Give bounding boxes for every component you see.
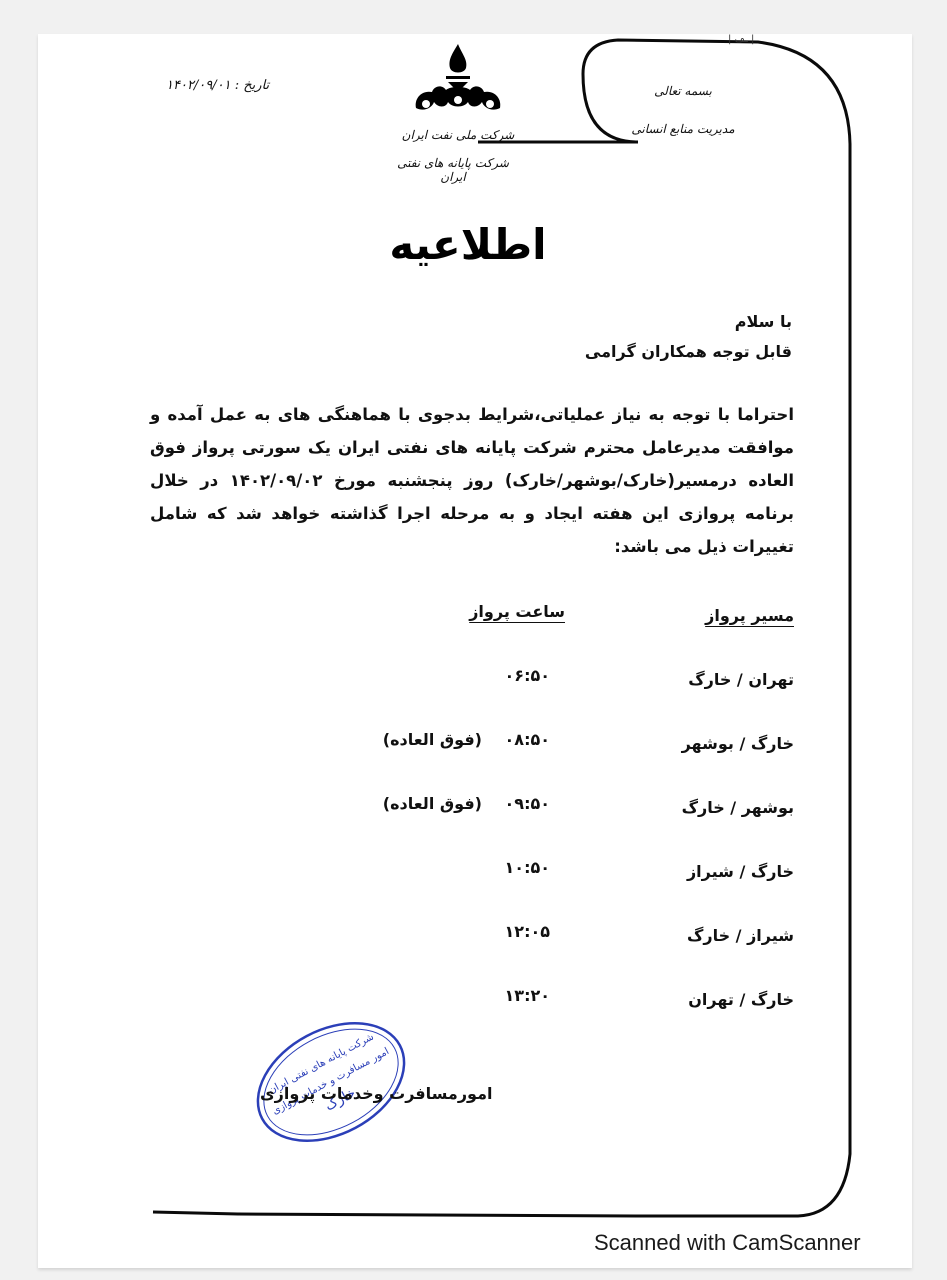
table-row-time: ۱۳:۲۰	[505, 986, 550, 1005]
table-row-route: خارگ / بوشهر	[682, 734, 794, 753]
date-label: تاریخ :	[235, 78, 269, 93]
table-row-time: ۱۰:۵۰	[505, 858, 550, 877]
nioc-flame-logo-icon	[412, 42, 504, 120]
official-stamp-icon: شرکت پایانه های نفتی ایران امور مسافرت و…	[248, 1018, 414, 1146]
column-header-route: مسیر پرواز	[705, 606, 794, 625]
addressee-line-2: مدیریت منابع انسانی	[628, 122, 738, 136]
table-row-route: خارگ / شیراز	[687, 862, 794, 881]
body-paragraph: احتراما با توجه به نیاز عملیاتی،شرایط بد…	[150, 398, 794, 563]
table-row-time: ۱۲:۰۵	[505, 922, 550, 941]
table-row-route: تهران / خارگ	[688, 670, 794, 689]
scanned-page: | ـڡ | تاریخ : ۱۴۰۲/۰۹/۰۱ شرکت ملی نفت ا…	[38, 34, 912, 1268]
table-row-route: شیراز / خارگ	[687, 926, 794, 945]
table-row-time: ۰۹:۵۰	[505, 794, 550, 813]
addressee-line-1: بسمه تعالی	[648, 84, 718, 98]
greeting: با سلام	[735, 312, 792, 331]
table-row-note: (فوق العاده)	[383, 730, 482, 749]
attention-line: قابل توجه همکاران گرامی	[585, 342, 792, 361]
table-row-route: بوشهر / خارگ	[682, 798, 794, 817]
table-row-note: (فوق العاده)	[383, 794, 482, 813]
table-row-time: ۰۸:۵۰	[505, 730, 550, 749]
date: تاریخ : ۱۴۰۲/۰۹/۰۱	[166, 78, 269, 93]
date-value: ۱۴۰۲/۰۹/۰۱	[166, 78, 231, 93]
page-title: اطلاعیه	[368, 220, 568, 269]
company-name-terminals: شرکت پایانه های نفتی ایران	[388, 156, 518, 184]
company-name-nioc: شرکت ملی نفت ایران	[398, 128, 518, 142]
table-row-route: خارگ / تهران	[688, 990, 794, 1009]
camscanner-watermark: Scanned with CamScanner	[594, 1230, 861, 1256]
signature-unit: امورمسافرت وخدمات پروازی	[260, 1084, 492, 1103]
table-row-time: ۰۶:۵۰	[505, 666, 550, 685]
column-header-time: ساعت پرواز	[469, 602, 565, 621]
top-edge-marks: | ـڡ |	[728, 34, 754, 45]
